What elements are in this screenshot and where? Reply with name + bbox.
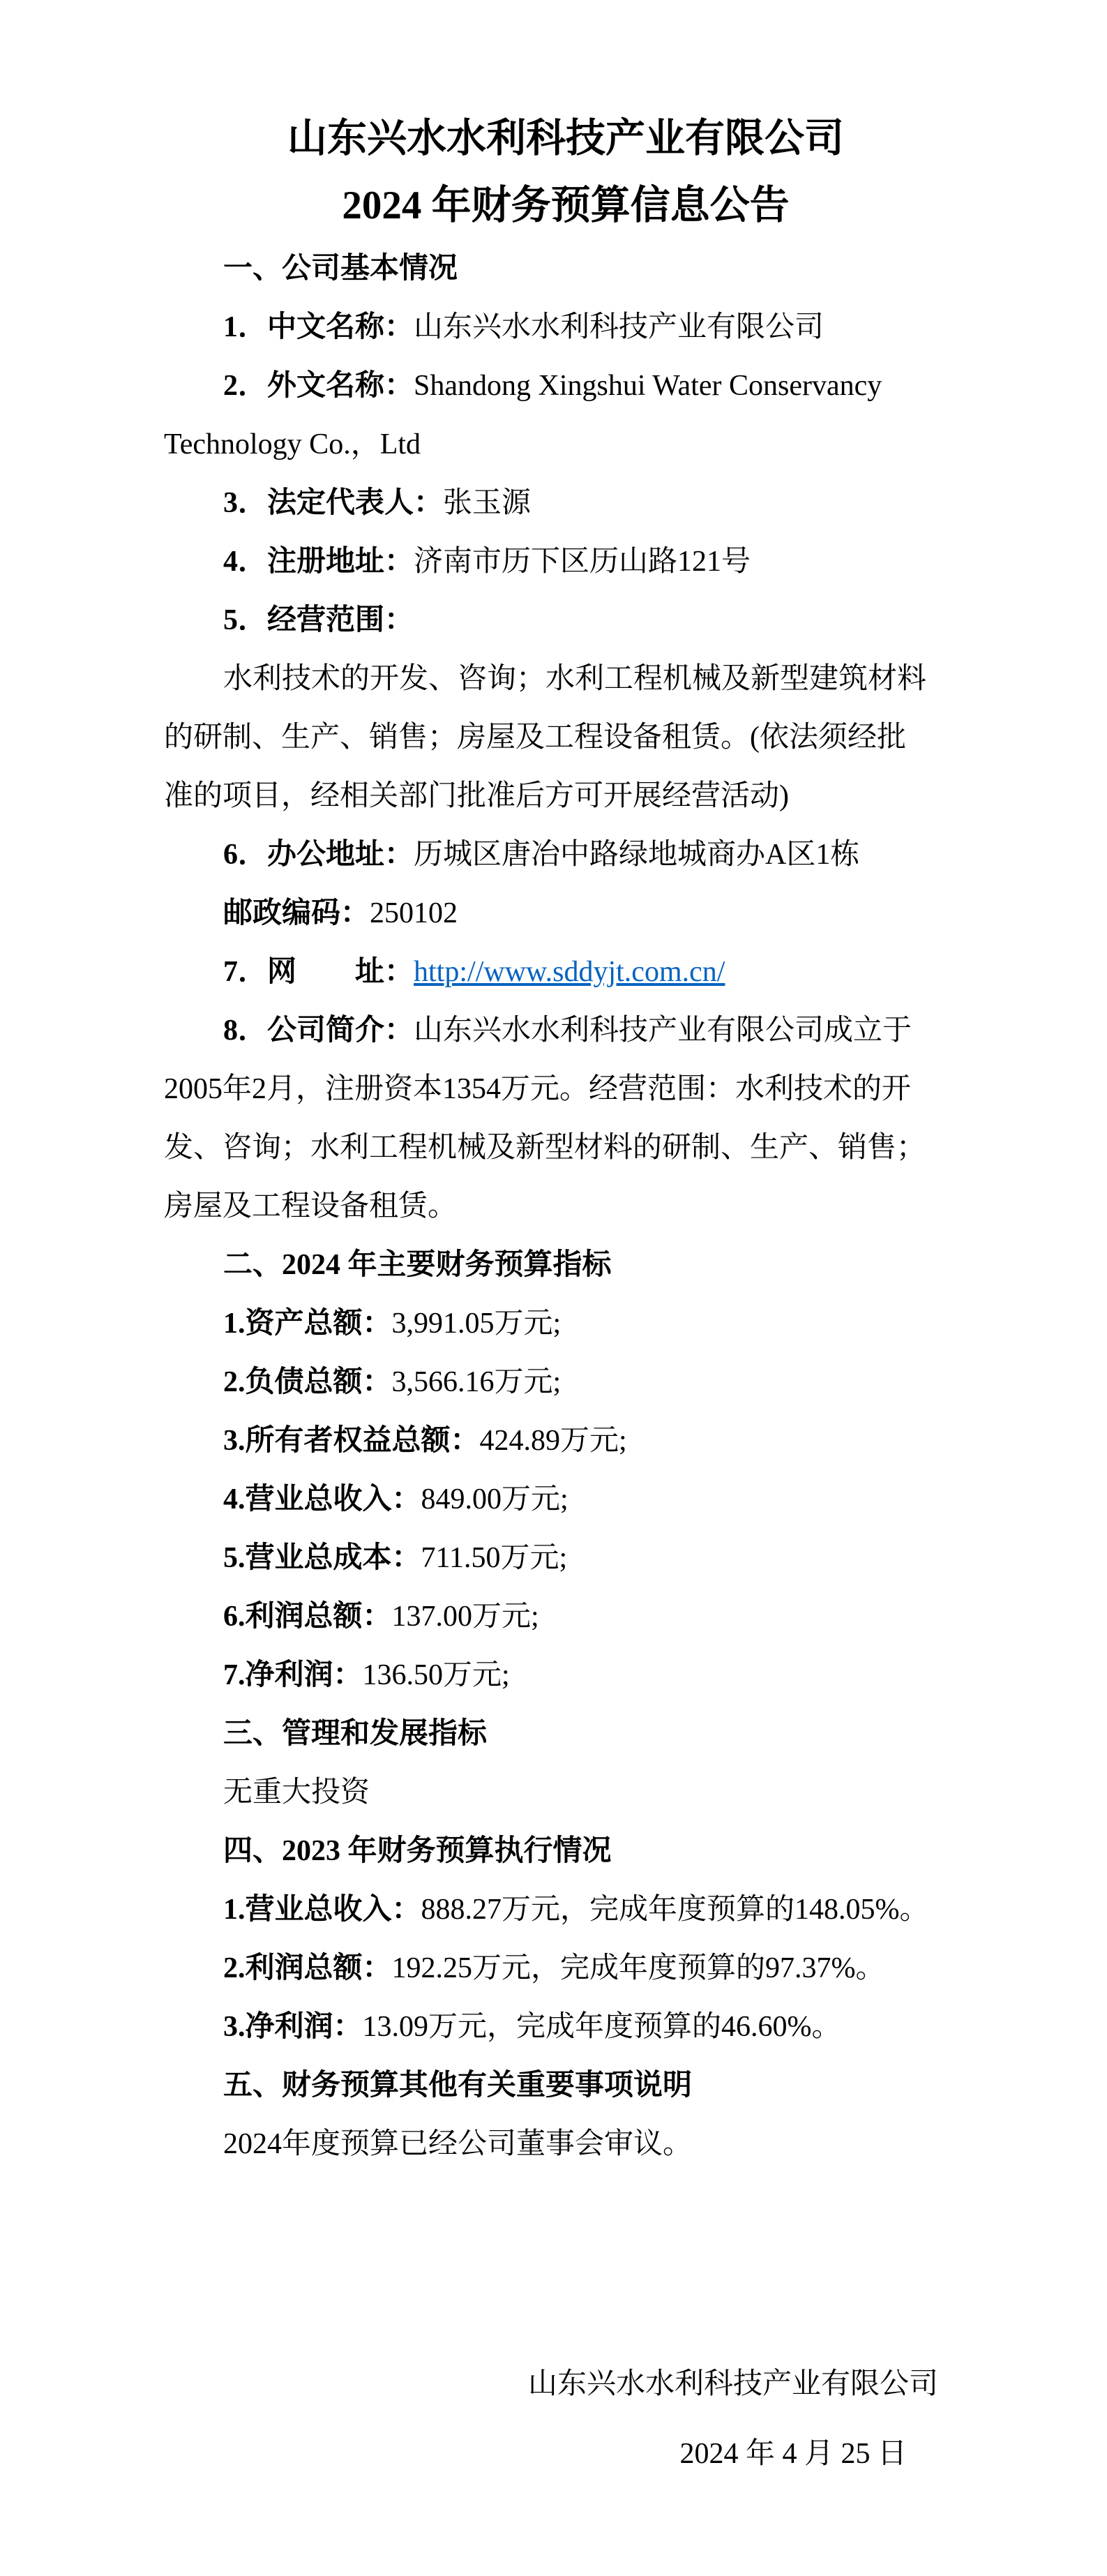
doc-line-11: 6．办公地址：历城区唐冶中路绿地城商办A区1栋 (164, 825, 967, 884)
doc-line-3: 2．外文名称：Shandong Xingshui Water Conservan… (164, 357, 967, 415)
doc-line-25: 7.净利润：136.50万元; (164, 1646, 967, 1705)
field-label: 1.资产总额： (223, 1308, 392, 1340)
doc-line-12: 邮政编码：250102 (164, 884, 967, 943)
section-heading: 四、2023 年财务预算执行情况 (164, 1822, 967, 1880)
doc-line-10: 准的项目，经相关部门批准后方可开展经营活动) (164, 767, 967, 825)
field-label: 邮政编码： (223, 897, 370, 929)
section-heading: 三、管理和发展指标 (164, 1705, 967, 1763)
doc-line-20: 2.负债总额：3,566.16万元; (164, 1353, 967, 1411)
section-heading: 一、公司基本情况 (164, 239, 967, 298)
field-label: 2.负债总额： (223, 1366, 392, 1398)
field-value: 888.27万元，完成年度预算的148.05%。 (421, 1894, 929, 1926)
doc-line-6: 4．注册地址：济南市历下区历山路121号 (164, 532, 967, 591)
field-value: 849.00万元; (421, 1483, 568, 1515)
doc-line-31: 3.净利润：13.09万元，完成年度预算的46.60%。 (164, 1998, 967, 2056)
doc-line-27: 无重大投资 (164, 1763, 967, 1822)
field-label: 7．网 址： (223, 956, 414, 988)
section-heading-text: 五、财务预算其他有关重要事项说明 (223, 2069, 692, 2102)
field-label: 5.营业总成本： (223, 1542, 421, 1574)
section-heading: 五、财务预算其他有关重要事项说明 (164, 2056, 967, 2115)
section-heading: 二、2024 年主要财务预算指标 (164, 1236, 967, 1294)
section-heading-text: 二、2024 年主要财务预算指标 (223, 1249, 612, 1281)
doc-line-23: 5.营业总成本：711.50万元; (164, 1529, 967, 1587)
field-label: 6．办公地址： (223, 839, 414, 871)
field-value: 250102 (370, 897, 458, 929)
field-value: 房屋及工程设备租赁。 (164, 1190, 457, 1222)
doc-line-16: 发、咨询；水利工程机械及新型材料的研制、生产、销售； (164, 1118, 967, 1177)
doc-line-4: Technology Co.，Ltd (164, 415, 967, 474)
doc-line-29: 1.营业总收入：888.27万元，完成年度预算的148.05%。 (164, 1880, 967, 1939)
field-label: 5．经营范围： (223, 604, 414, 636)
doc-line-22: 4.营业总收入：849.00万元; (164, 1470, 967, 1529)
field-label: 1.营业总收入： (223, 1894, 421, 1926)
section-heading-text: 四、2023 年财务预算执行情况 (223, 1835, 612, 1867)
field-value: 济南市历下区历山路121号 (414, 546, 751, 578)
field-label: 2．外文名称： (223, 370, 414, 402)
field-value: 山东兴水水利科技产业有限公司成立于 (414, 1014, 912, 1047)
doc-line-7: 5．经营范围： (164, 591, 967, 650)
field-value: 3,991.05万元; (392, 1308, 562, 1340)
field-value: 准的项目，经相关部门批准后方可开展经营活动) (164, 780, 789, 812)
field-value: 水利技术的开发、咨询；水利工程机械及新型建筑材料 (223, 663, 926, 695)
field-label: 3.所有者权益总额： (223, 1425, 480, 1457)
field-value: 424.89万元; (480, 1425, 627, 1457)
field-label: 8．公司简介： (223, 1014, 414, 1047)
document-page: 山东兴水水利科技产业有限公司 2024 年财务预算信息公告 一、公司基本情况1．… (0, 0, 1107, 2576)
doc-line-19: 1.资产总额：3,991.05万元; (164, 1294, 967, 1353)
field-value: 3,566.16万元; (392, 1366, 562, 1398)
field-value: 2024年度预算已经公司董事会审议。 (223, 2128, 692, 2160)
doc-line-5: 3．法定代表人：张玉源 (164, 474, 967, 532)
footer-company-name: 山东兴水水利科技产业有限公司 (164, 2355, 967, 2413)
doc-line-14: 8．公司简介：山东兴水水利科技产业有限公司成立于 (164, 1001, 967, 1060)
document-body: 一、公司基本情况1．中文名称：山东兴水水利科技产业有限公司2．外文名称：Shan… (164, 239, 967, 2173)
field-value: 张玉源 (443, 487, 531, 519)
field-value: 137.00万元; (392, 1601, 539, 1633)
field-value: 无重大投资 (223, 1776, 370, 1809)
field-value: Technology Co.，Ltd (164, 428, 421, 460)
field-label: 3.净利润： (223, 2011, 363, 2043)
field-value: 192.25万元，完成年度预算的97.37%。 (392, 1952, 885, 1984)
field-value: 2005年2月，注册资本1354万元。经营范围：水利技术的开 (164, 1073, 911, 1105)
doc-line-24: 6.利润总额：137.00万元; (164, 1587, 967, 1646)
field-value: 711.50万元; (421, 1542, 568, 1574)
website-line: 7．网 址：http://www.sddyjt.com.cn/ (164, 943, 967, 1001)
field-label: 7.净利润： (223, 1659, 363, 1691)
doc-line-15: 2005年2月，注册资本1354万元。经营范围：水利技术的开 (164, 1060, 967, 1118)
field-value: 13.09万元，完成年度预算的46.60%。 (363, 2011, 841, 2043)
website-link[interactable]: http://www.sddyjt.com.cn/ (414, 956, 725, 988)
doc-line-2: 1．中文名称：山东兴水水利科技产业有限公司 (164, 298, 967, 357)
field-value: 的研制、生产、销售；房屋及工程设备租赁。(依法须经批 (164, 721, 906, 754)
field-label: 4.营业总收入： (223, 1483, 421, 1515)
doc-line-21: 3.所有者权益总额：424.89万元; (164, 1411, 967, 1470)
document-title-line-1: 山东兴水水利科技产业有限公司 (164, 105, 967, 172)
document-title-line-2: 2024 年财务预算信息公告 (164, 172, 967, 239)
field-label: 2.利润总额： (223, 1952, 392, 1984)
doc-line-9: 的研制、生产、销售；房屋及工程设备租赁。(依法须经批 (164, 708, 967, 767)
doc-line-8: 水利技术的开发、咨询；水利工程机械及新型建筑材料 (164, 650, 967, 708)
field-label: 6.利润总额： (223, 1601, 392, 1633)
section-heading-text: 一、公司基本情况 (223, 253, 458, 285)
footer-spacer (164, 2173, 967, 2355)
field-label: 1．中文名称： (223, 311, 414, 343)
field-value: 山东兴水水利科技产业有限公司 (414, 311, 824, 343)
doc-line-30: 2.利润总额：192.25万元，完成年度预算的97.37%。 (164, 1939, 967, 1998)
field-value: Shandong Xingshui Water Conservancy (414, 370, 882, 402)
footer-date: 2024 年 4 月 25 日 (164, 2425, 967, 2483)
field-value: 历城区唐冶中路绿地城商办A区1栋 (414, 839, 859, 871)
doc-line-33: 2024年度预算已经公司董事会审议。 (164, 2115, 967, 2173)
field-value: 发、咨询；水利工程机械及新型材料的研制、生产、销售； (164, 1132, 926, 1164)
section-heading-text: 三、管理和发展指标 (223, 1718, 487, 1750)
field-label: 3．法定代表人： (223, 487, 443, 519)
field-label: 4．注册地址： (223, 546, 414, 578)
doc-line-17: 房屋及工程设备租赁。 (164, 1177, 967, 1236)
field-value: 136.50万元; (363, 1659, 510, 1691)
